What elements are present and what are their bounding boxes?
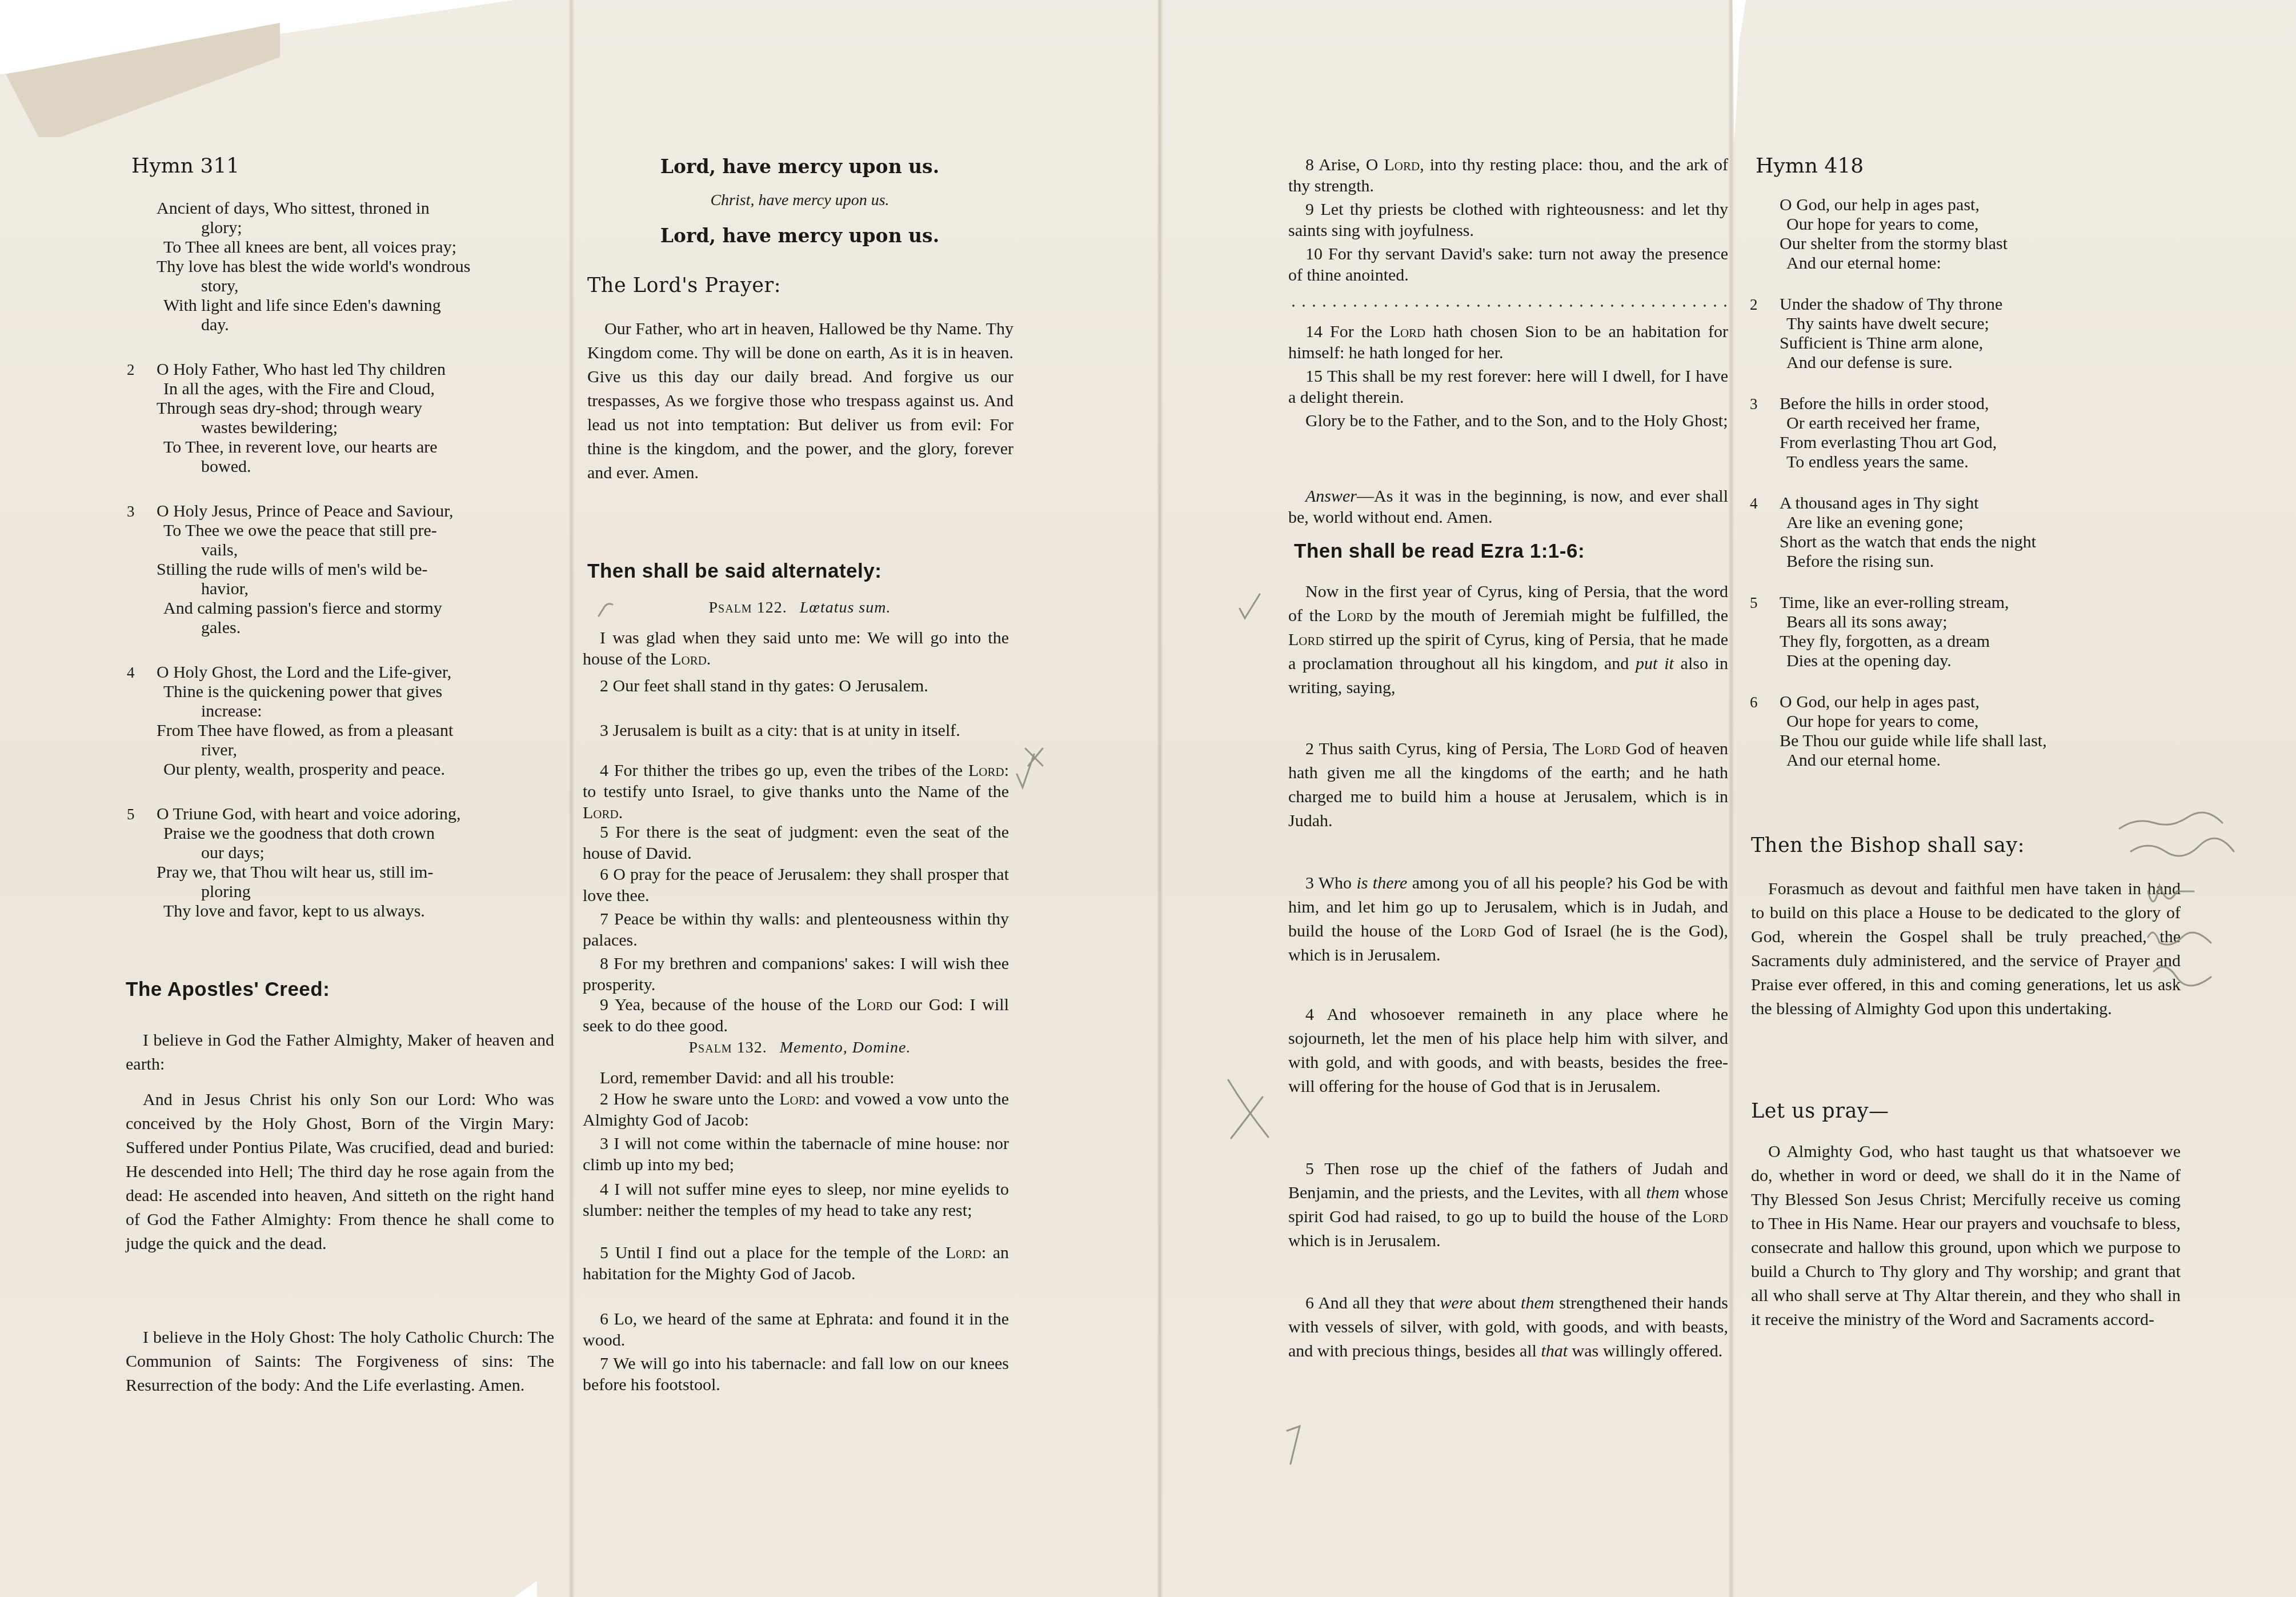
paper-nick (514, 1577, 537, 1597)
psalm-verse: 8 For my brethren and companions' sakes:… (583, 953, 1009, 995)
verse-line: O Holy Ghost, the Lord and the Life-give… (146, 663, 453, 682)
verse-line: Praise we the goodness that doth crown (146, 824, 460, 843)
hymn-311-verse: 4O Holy Ghost, the Lord and the Life-giv… (146, 663, 453, 779)
verse-line: ploring (146, 882, 460, 902)
psalm-verse: 9 Let thy priests be clothed with righte… (1288, 199, 1728, 241)
verse-line: From everlasting Thou art God, (1769, 433, 1997, 453)
psalm-verse: 3 I will not come within the tabernacle … (583, 1133, 1009, 1175)
verse-line: O God, our help in ages past, (1769, 195, 2008, 215)
check-mark-icon (1011, 743, 1045, 794)
verse-number: 5 (1750, 593, 1758, 613)
verse-line: Thy saints have dwelt secure; (1769, 314, 2002, 334)
verse-line: Be Thou our guide while life shall last, (1769, 731, 2047, 751)
verse-line: Time, like an ever-rolling stream, (1769, 593, 2009, 613)
pencil-stroke-icon (1283, 1423, 1305, 1468)
psalm-verse: 7 Peace be within thy walls: and plenteo… (583, 908, 1009, 951)
psalm-verse: 4 For thither the tribes go up, even the… (583, 760, 1009, 823)
verse-line: Pray we, that Thou wilt hear us, still i… (146, 863, 460, 882)
psalm-verse: 15 This shall be my rest forever: here w… (1288, 366, 1728, 408)
verse-number: 3 (1750, 394, 1758, 414)
psalm-verse: 10 For thy servant David's sake: turn no… (1288, 243, 1728, 286)
kyrie-line-1: Lord, have mercy upon us. (583, 155, 1017, 178)
verse-line: Before the rising sun. (1769, 552, 2036, 571)
verse-line: Bears all its sons away; (1769, 613, 2009, 632)
verse-line: In all the ages, with the Fire and Cloud… (146, 379, 446, 399)
gloria-answer: Answer—As it was in the beginning, is no… (1288, 486, 1728, 528)
creed-paragraph-1: I believe in God the Father Almighty, Ma… (126, 1028, 554, 1076)
verse-line: With light and life since Eden's dawning (146, 296, 471, 315)
verse-number: 4 (1750, 494, 1758, 513)
psalm-verse: 9 Yea, because of the house of the Lord … (583, 994, 1009, 1036)
lords-prayer-text: Our Father, who art in heaven, Hallowed … (587, 317, 1013, 485)
verse-line: Thy love has blest the wide world's wond… (146, 257, 471, 277)
psalm-verse: Lord, remember David: and all his troubl… (583, 1067, 1009, 1088)
verse-number: 5 (127, 804, 135, 824)
psalm-verse: 4 I will not suffer mine eyes to sleep, … (583, 1179, 1009, 1221)
verse-line: Thy love and favor, kept to us always. (146, 902, 460, 921)
hymn-311-verse: 5O Triune God, with heart and voice ador… (146, 804, 460, 921)
verse-line: gales. (146, 618, 454, 638)
verse-line: Before the hills in order stood, (1769, 394, 1997, 414)
verse-line: And our eternal home: (1769, 254, 2008, 273)
kyrie-line-3: Lord, have mercy upon us. (583, 225, 1017, 247)
verse-line: O Holy Father, Who hast led Thy children (146, 360, 446, 379)
lords-prayer-heading: The Lord's Prayer: (587, 274, 781, 297)
verse-line: our days; (146, 843, 460, 863)
verse-line: glory; (146, 218, 471, 238)
verse-line: Our plenty, wealth, prosperity and peace… (146, 760, 453, 779)
kyrie-line-2: Christ, have mercy upon us. (583, 191, 1017, 210)
verse-line: Our hope for years to come, (1769, 712, 2047, 731)
check-mark-icon (594, 600, 617, 623)
hymn-418-verse: 2Under the shadow of Thy throneThy saint… (1769, 295, 2002, 373)
verse-number: 2 (127, 360, 135, 379)
psalm-132-header: Psalm 132. Memento, Domine. (583, 1039, 1017, 1057)
psalm-verse: 6 O pray for the peace of Jerusalem: the… (583, 864, 1009, 906)
verse-line: bowed. (146, 457, 446, 477)
verse-line: Stilling the rude wills of men's wild be… (146, 560, 454, 579)
verse-line: increase: (146, 702, 453, 721)
verse-line: day. (146, 315, 471, 335)
verse-line: story, (146, 277, 471, 296)
psalm-verse: 2 How he sware unto the Lord: and vowed … (583, 1088, 1009, 1131)
verse-line: Our shelter from the stormy blast (1769, 234, 2008, 254)
creed-paragraph-3: I believe in the Holy Ghost: The holy Ca… (126, 1326, 554, 1398)
psalm-verse: Glory be to the Father, and to the Son, … (1288, 410, 1728, 431)
leaflet-sheet: Hymn 311 Ancient of days, Who sittest, t… (0, 0, 2296, 1597)
ezra-verse: 3 Who is there among you of all his peop… (1288, 871, 1728, 967)
psalm-122-header: Psalm 122. Lœtatus sum. (583, 599, 1017, 617)
verse-line: From Thee have flowed, as from a pleasan… (146, 721, 453, 741)
verse-number: 3 (127, 502, 135, 521)
verse-line: To Thee, in reverent love, our hearts ar… (146, 438, 446, 457)
psalm-verse: 5 Until I find out a place for the templ… (583, 1242, 1009, 1284)
hymn-311-verse: 3O Holy Jesus, Prince of Peace and Savio… (146, 502, 454, 638)
hymn-418-verse: 3Before the hills in order stood,Or eart… (1769, 394, 1997, 472)
verse-line: To Thee all knees are bent, all voices p… (146, 238, 471, 257)
verse-line: Dies at the opening day. (1769, 651, 2009, 671)
verse-line: Through seas dry-shod; through weary (146, 399, 446, 418)
ezra-verse: 6 And all they that were about them stre… (1288, 1291, 1728, 1363)
verse-line: Ancient of days, Who sittest, throned in (146, 199, 471, 218)
verse-line: A thousand ages in Thy sight (1769, 494, 2036, 513)
psalm-verse: 8 Arise, O Lord, into thy resting place:… (1288, 154, 1728, 197)
consecration-prayer: O Almighty God, who hast taught us that … (1751, 1140, 2181, 1332)
psalm-verse: I was glad when they said unto me: We wi… (583, 627, 1009, 670)
verse-line: To Thee we owe the peace that still pre- (146, 521, 454, 541)
verse-line: Sufficient is Thine arm alone, (1769, 334, 2002, 353)
verse-number: 4 (127, 663, 135, 682)
verse-line: And calming passion's fierce and stormy (146, 599, 454, 618)
verse-line: Under the shadow of Thy throne (1769, 295, 2002, 314)
verse-line: Short as the watch that ends the night (1769, 533, 2036, 552)
hymn-311-title: Hymn 311 (131, 154, 239, 178)
ezra-verse: 5 Then rose up the chief of the fathers … (1288, 1157, 1728, 1253)
apostles-creed-heading: The Apostles' Creed: (126, 978, 330, 1001)
ezra-verse: Now in the first year of Cyrus, king of … (1288, 580, 1728, 700)
psalm-verse: 2 Our feet shall stand in thy gates: O J… (583, 675, 1009, 697)
ezra-verse: 4 And whosoever remaineth in any place w… (1288, 1003, 1728, 1099)
verse-omission-dots (1288, 304, 1728, 307)
verse-line: river, (146, 741, 453, 760)
paper-tear (1731, 0, 1746, 143)
psalm-verse: 6 Lo, we heard of the same at Ephrata: a… (583, 1308, 1009, 1351)
verse-line: wastes bewildering; (146, 418, 446, 438)
verse-number: 6 (1750, 693, 1758, 712)
verse-line: Our hope for years to come, (1769, 215, 2008, 234)
check-mark-icon (1237, 589, 1265, 623)
hymn-418-verse: 5Time, like an ever-rolling stream,Bears… (1769, 593, 2009, 671)
hymn-418-title: Hymn 418 (1756, 154, 1864, 178)
psalm-verse: 3 Jerusalem is built as a city: that is … (583, 720, 1009, 741)
ezra-heading: Then shall be read Ezra 1:1-6: (1294, 540, 1585, 563)
verse-line: havior, (146, 579, 454, 599)
cross-mark-icon (1223, 1074, 1274, 1143)
psalm-verse: 14 For the Lord hath chosen Sion to be a… (1288, 321, 1728, 363)
verse-line: vails, (146, 541, 454, 560)
verse-line: Thine is the quickening power that gives (146, 682, 453, 702)
psalm-verse: 5 For there is the seat of judgment: eve… (583, 822, 1009, 864)
verse-line: O Triune God, with heart and voice adori… (146, 804, 460, 824)
hymn-418-verse: O God, our help in ages past,Our hope fo… (1769, 195, 2008, 273)
ezra-verse: 2 Thus saith Cyrus, king of Persia, The … (1288, 737, 1728, 833)
verse-number: 2 (1750, 295, 1758, 314)
let-us-pray-heading: Let us pray— (1751, 1100, 1889, 1123)
psalm-verse: 7 We will go into his tabernacle: and fa… (583, 1353, 1009, 1395)
bishop-heading: Then the Bishop shall say: (1751, 834, 2025, 857)
hymn-418-verse: 4A thousand ages in Thy sightAre like an… (1769, 494, 2036, 571)
hymn-311-verse: Ancient of days, Who sittest, throned in… (146, 199, 471, 335)
verse-line: To endless years the same. (1769, 453, 1997, 472)
hymn-311-verse: 2O Holy Father, Who hast led Thy childre… (146, 360, 446, 477)
verse-line: O God, our help in ages past, (1769, 693, 2047, 712)
verse-line: And our eternal home. (1769, 751, 2047, 770)
verse-line: O Holy Jesus, Prince of Peace and Saviou… (146, 502, 454, 521)
verse-line: And our defense is sure. (1769, 353, 2002, 373)
verse-line: They fly, forgotten, as a dream (1769, 632, 2009, 651)
creed-paragraph-2: And in Jesus Christ his only Son our Lor… (126, 1088, 554, 1256)
verse-line: Are like an evening gone; (1769, 513, 2036, 533)
alternately-heading: Then shall be said alternately: (587, 560, 881, 583)
pencil-scribble-icon (2114, 806, 2285, 1000)
verse-line: Or earth received her frame, (1769, 414, 1997, 433)
hymn-418-verse: 6O God, our help in ages past,Our hope f… (1769, 693, 2047, 770)
